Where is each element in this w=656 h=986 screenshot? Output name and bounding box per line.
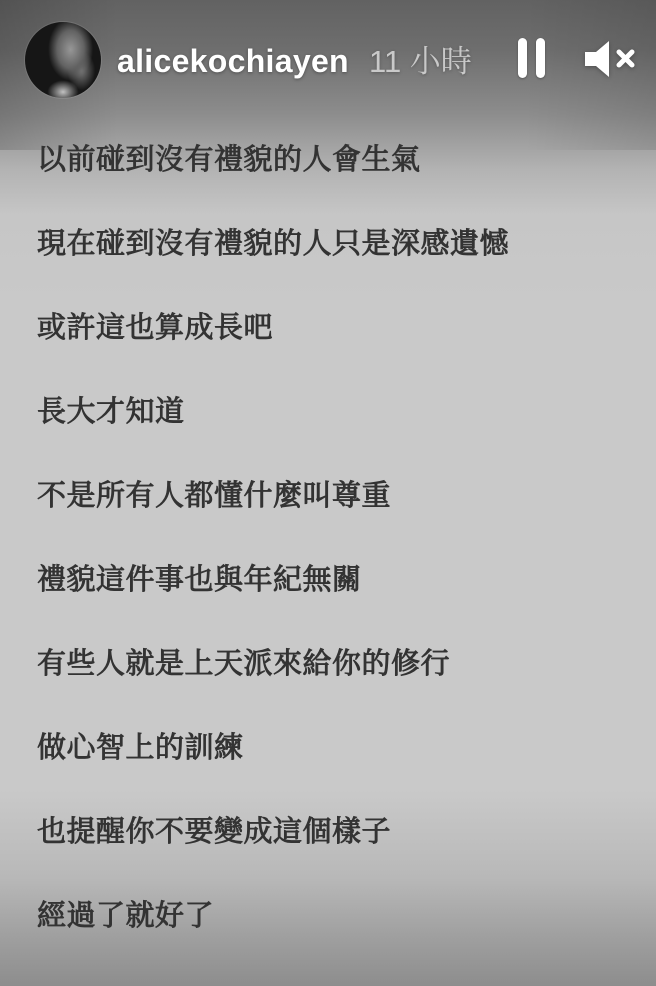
username[interactable]: alicekochiayen — [117, 44, 349, 78]
pause-icon — [518, 38, 527, 78]
story-text-block: 以前碰到沒有禮貌的人會生氣 現在碰到沒有禮貌的人只是深感遺憾 或許這也算成長吧 … — [37, 146, 640, 986]
mute-button[interactable] — [583, 40, 641, 78]
instagram-story-frame: alicekochiayen 11 小時 以前碰到沒有禮貌的人會生氣 現在碰到沒… — [0, 0, 656, 986]
story-text-line: 經過了就好了 — [37, 902, 640, 931]
timestamp: 11 小時 — [369, 45, 472, 79]
story-text-line: 以前碰到沒有禮貌的人會生氣 — [37, 146, 640, 175]
story-text-line: 有些人就是上天派來給你的修行 — [37, 650, 640, 679]
avatar[interactable] — [25, 22, 101, 98]
pause-icon — [536, 38, 545, 78]
pause-button[interactable] — [518, 38, 552, 78]
story-text-line: 或許這也算成長吧 — [37, 314, 640, 343]
story-text-line: 長大才知道 — [37, 398, 640, 427]
story-text-line: 做心智上的訓練 — [37, 734, 640, 763]
story-text-line: 不是所有人都懂什麼叫尊重 — [37, 482, 640, 511]
story-text-line: 也提醒你不要變成這個樣子 — [37, 818, 640, 847]
muted-speaker-icon — [583, 40, 641, 78]
story-text-line: 現在碰到沒有禮貌的人只是深感遺憾 — [37, 230, 640, 259]
story-text-line: 禮貌這件事也與年紀無關 — [37, 566, 640, 595]
story-header: alicekochiayen 11 小時 — [0, 0, 656, 120]
